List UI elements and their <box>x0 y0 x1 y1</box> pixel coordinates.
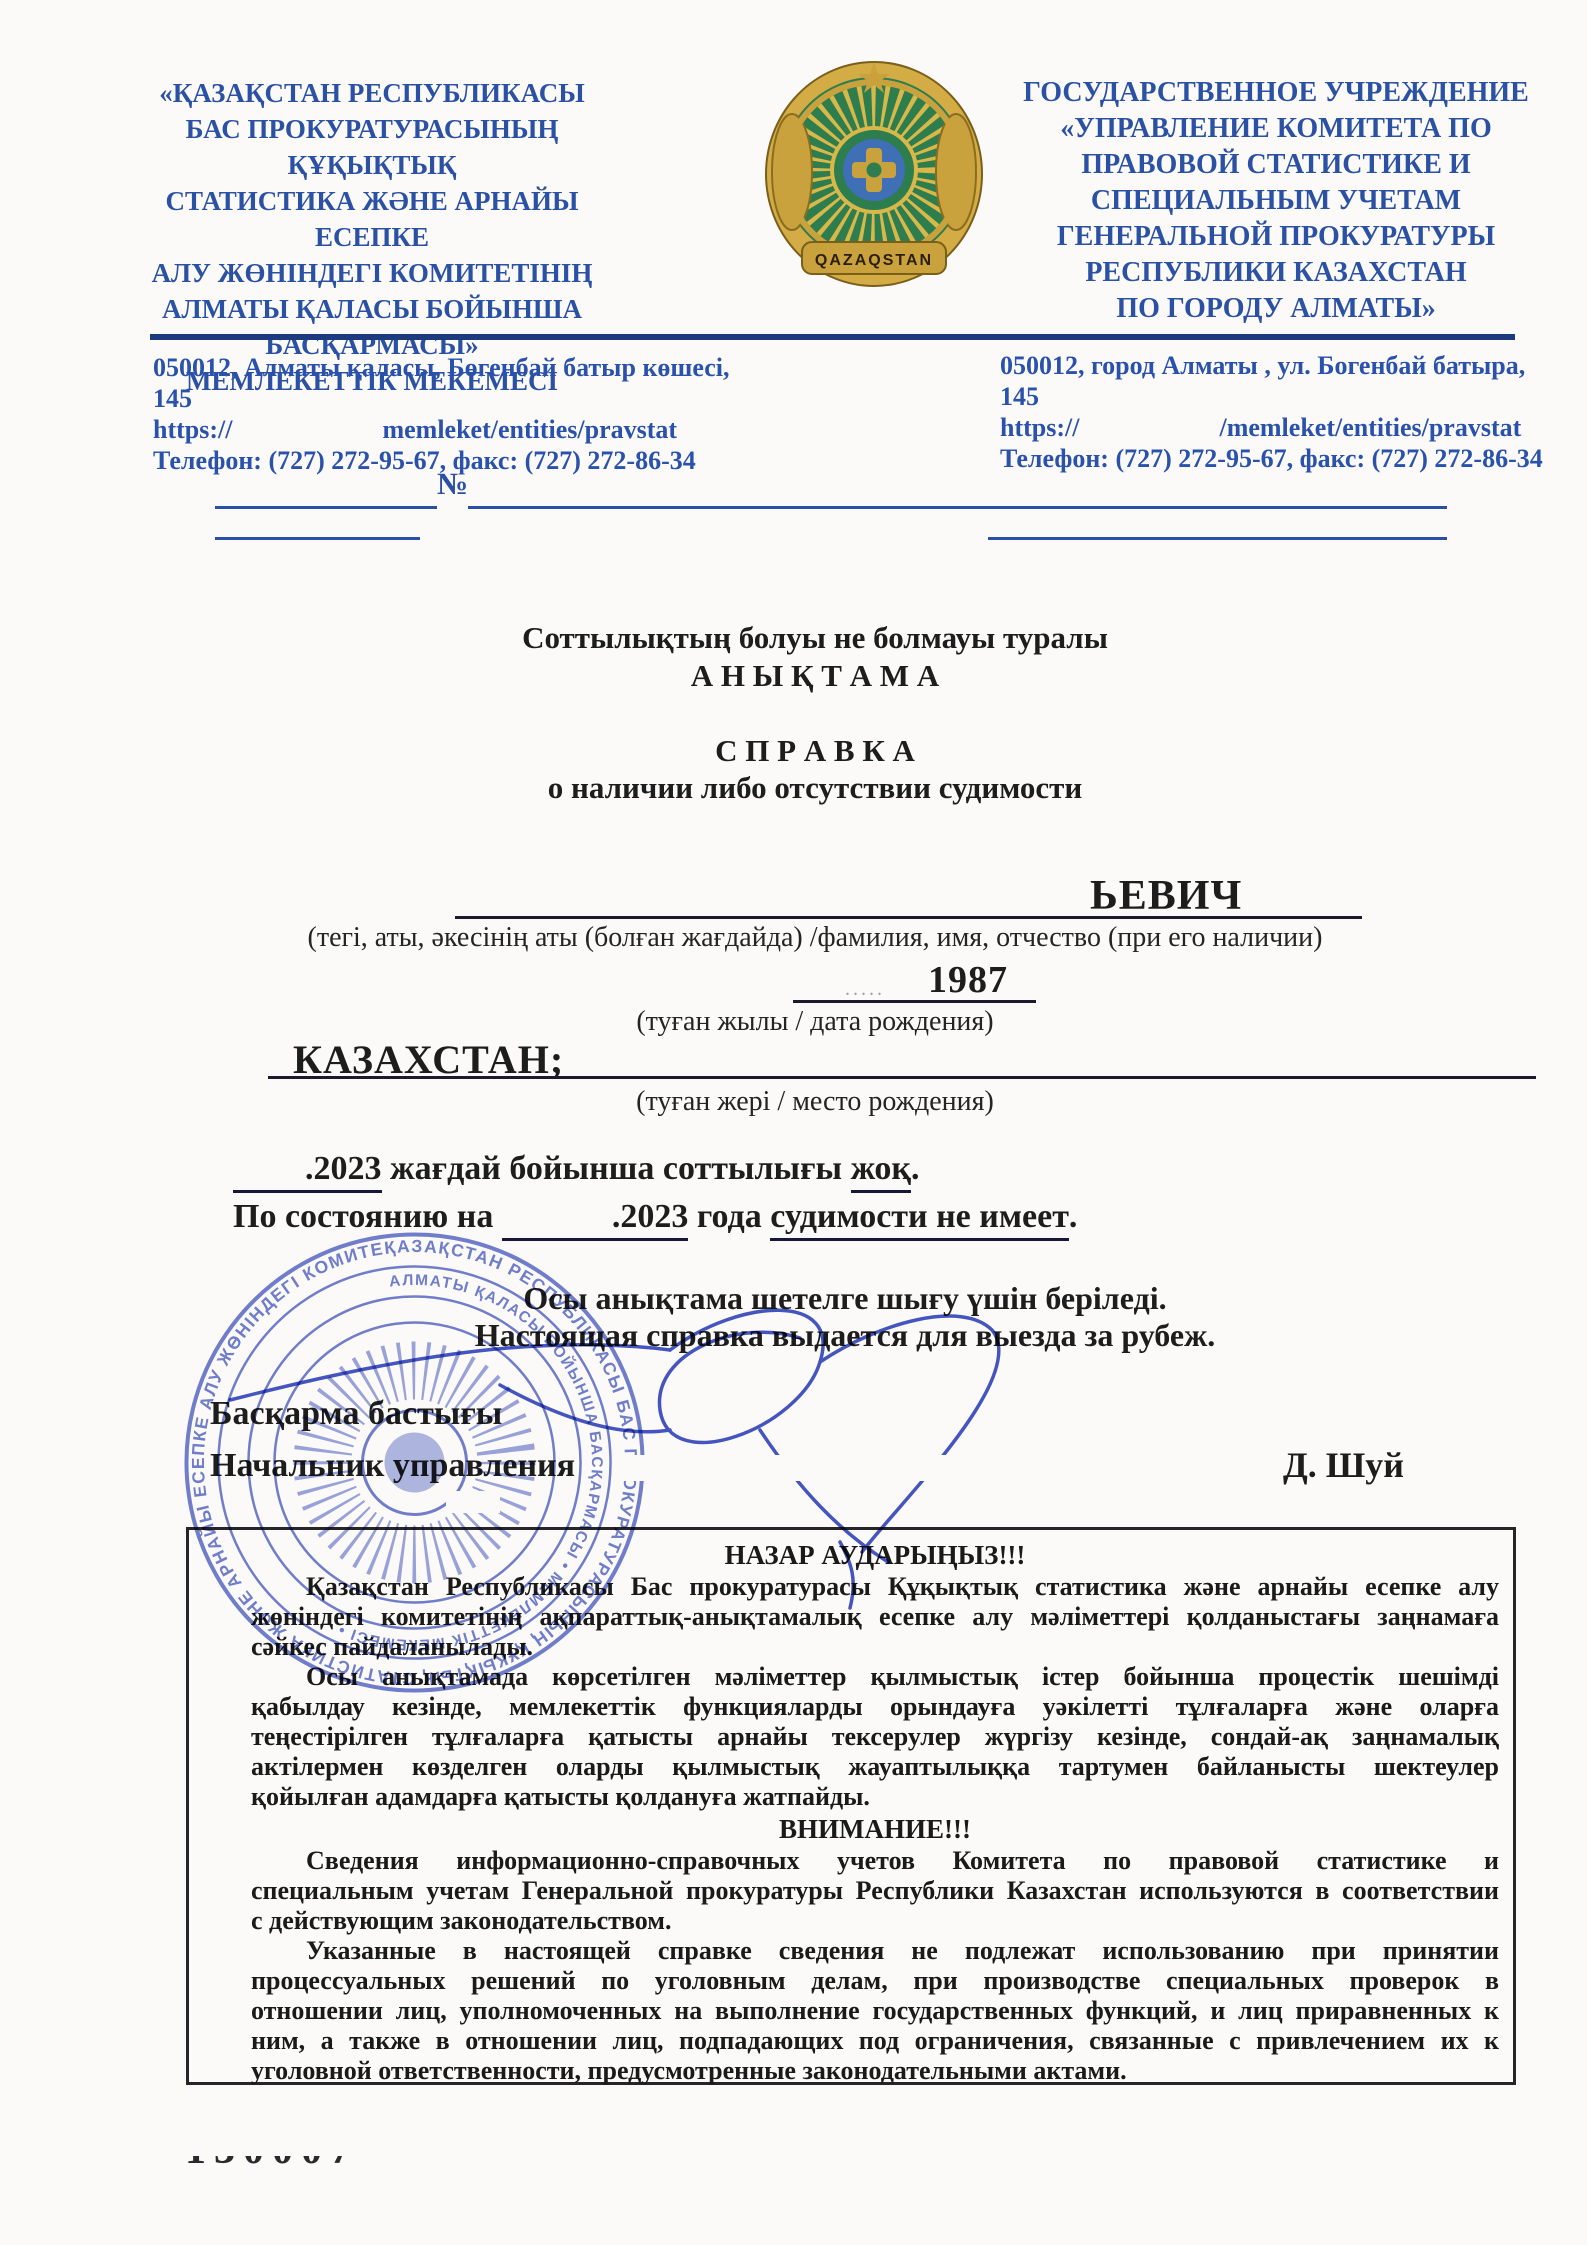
birth-year: 1987 <box>928 958 1008 1002</box>
birth-place-caption: (туған жері / место рождения) <box>165 1086 1465 1118</box>
warning-ru-line: Сведения информационно-справочных учетов… <box>251 1846 1499 1876</box>
statement-ru-date: .2023 <box>612 1198 689 1235</box>
title-kk-subject: Соттылықтың болуы не болмауы туралы <box>165 620 1465 656</box>
address-left: 050012, Алматы қаласы, Бөгенбай батыр кө… <box>153 352 773 414</box>
statement-ru-text: года <box>688 1198 770 1235</box>
form-number-redaction <box>150 2098 430 2156</box>
phone-right: Телефон: (727) 272-95-67, факс: (727) 27… <box>1000 443 1560 474</box>
warning-ru-line: уголовной ответственности, предусмотренн… <box>251 2056 1499 2086</box>
header-divider-line <box>150 334 1515 340</box>
statement-ru-period: . <box>1069 1198 1078 1235</box>
birth-year-redacted-dots: ..... <box>845 978 885 1001</box>
title-ru-name: С П Р А В К А <box>165 733 1465 769</box>
signature-redaction-box <box>617 1455 1023 1481</box>
name-underline <box>455 916 1362 919</box>
org-name-russian: ГОСУДАРСТВЕННОЕ УЧРЕЖДЕНИЕ «УПРАВЛЕНИЕ К… <box>1002 75 1550 327</box>
birth-year-underline <box>793 1000 1036 1003</box>
warning-ru-line: с действующим законодательством. <box>251 1906 1499 1936</box>
title-ru-subject: о наличии либо отсутствии судимости <box>165 770 1465 806</box>
warning-ru-line: специальным учетам Генеральной прокурату… <box>251 1876 1499 1906</box>
warning-kk-line: қабылдау кезінде, мемлекеттік функциялар… <box>251 1692 1499 1722</box>
url-left-prefix: https:// <box>153 415 232 444</box>
stamp-redaction-box <box>446 1491 500 1513</box>
number-sign: № <box>437 466 468 502</box>
statement-ru-result: судимости не имеет <box>770 1198 1069 1241</box>
org-name-kazakh: «ҚАЗАҚСТАН РЕСПУБЛИКАСЫ БАС ПРОКУРАТУРАС… <box>106 75 638 399</box>
statement-kazakh: .2023 жағдай бойынша соттылығы жоқ. <box>233 1150 919 1193</box>
kazakhstan-emblem: QAZAQSTAN <box>762 52 987 310</box>
url-right-prefix: https:// <box>1000 413 1079 442</box>
statement-kk-period: . <box>911 1150 920 1187</box>
statement-kk-result: жоқ <box>851 1150 911 1193</box>
warning-ru-line: отношении лиц, уполномоченных на выполне… <box>251 1996 1499 2026</box>
url-right: https:///memleket/entities/pravstat <box>1000 412 1560 443</box>
warning-ru-line: процессуальных решений по уголовным дела… <box>251 1966 1499 1996</box>
emblem-banner-text: QAZAQSTAN <box>815 252 933 269</box>
second-blank-line-right <box>988 537 1447 540</box>
url-left: https://memleket/entities/pravstat <box>153 414 773 445</box>
warning-ru-line: ним, а также в отношении лиц, подпадающи… <box>251 2026 1499 2056</box>
number-blank-line <box>468 506 1447 509</box>
official-name: Д. Шуй <box>1283 1444 1404 1486</box>
statement-kk-text: жағдай бойынша соттылығы <box>382 1150 851 1187</box>
name-caption: (тегі, аты, әкесінің аты (болған жағдайд… <box>165 922 1465 954</box>
birth-place-underline <box>268 1076 1536 1079</box>
contact-block-right: 050012, город Алматы , ул. Богенбай баты… <box>1000 350 1560 474</box>
warning-kk-line: қойылған адамдарға қатысты қолдануға жат… <box>251 1782 1499 1812</box>
statement-kk-date-segment: .2023 <box>233 1150 382 1193</box>
contact-block-left: 050012, Алматы қаласы, Бөгенбай батыр кө… <box>153 352 773 476</box>
scanned-certificate-page: «ҚАЗАҚСТАН РЕСПУБЛИКАСЫ БАС ПРОКУРАТУРАС… <box>0 0 1587 2245</box>
statement-kk-date: .2023 <box>305 1150 382 1187</box>
warning-heading-russian: ВНИМАНИЕ!!! <box>251 1812 1499 1846</box>
warning-kk-line: теңестірілген тұлғаларға қатысты арнайы … <box>251 1722 1499 1752</box>
person-surname-fragment: ЬЕВИЧ <box>1090 872 1242 920</box>
address-right: 050012, город Алматы , ул. Богенбай баты… <box>1000 350 1560 412</box>
warning-kk-line: актілермен көзделген оларды қылмыстық жа… <box>251 1752 1499 1782</box>
title-kk-name: А Н Ы Қ Т А М А <box>165 658 1465 694</box>
birth-year-caption: (туған жылы / дата рождения) <box>165 1006 1465 1038</box>
url-left-suffix: memleket/entities/pravstat <box>382 415 677 444</box>
second-blank-line-left <box>215 537 420 540</box>
date-blank-line <box>215 506 437 509</box>
url-right-suffix: /memleket/entities/pravstat <box>1219 413 1521 442</box>
warning-ru-line: Указанные в настоящей справке сведения н… <box>251 1936 1499 1966</box>
